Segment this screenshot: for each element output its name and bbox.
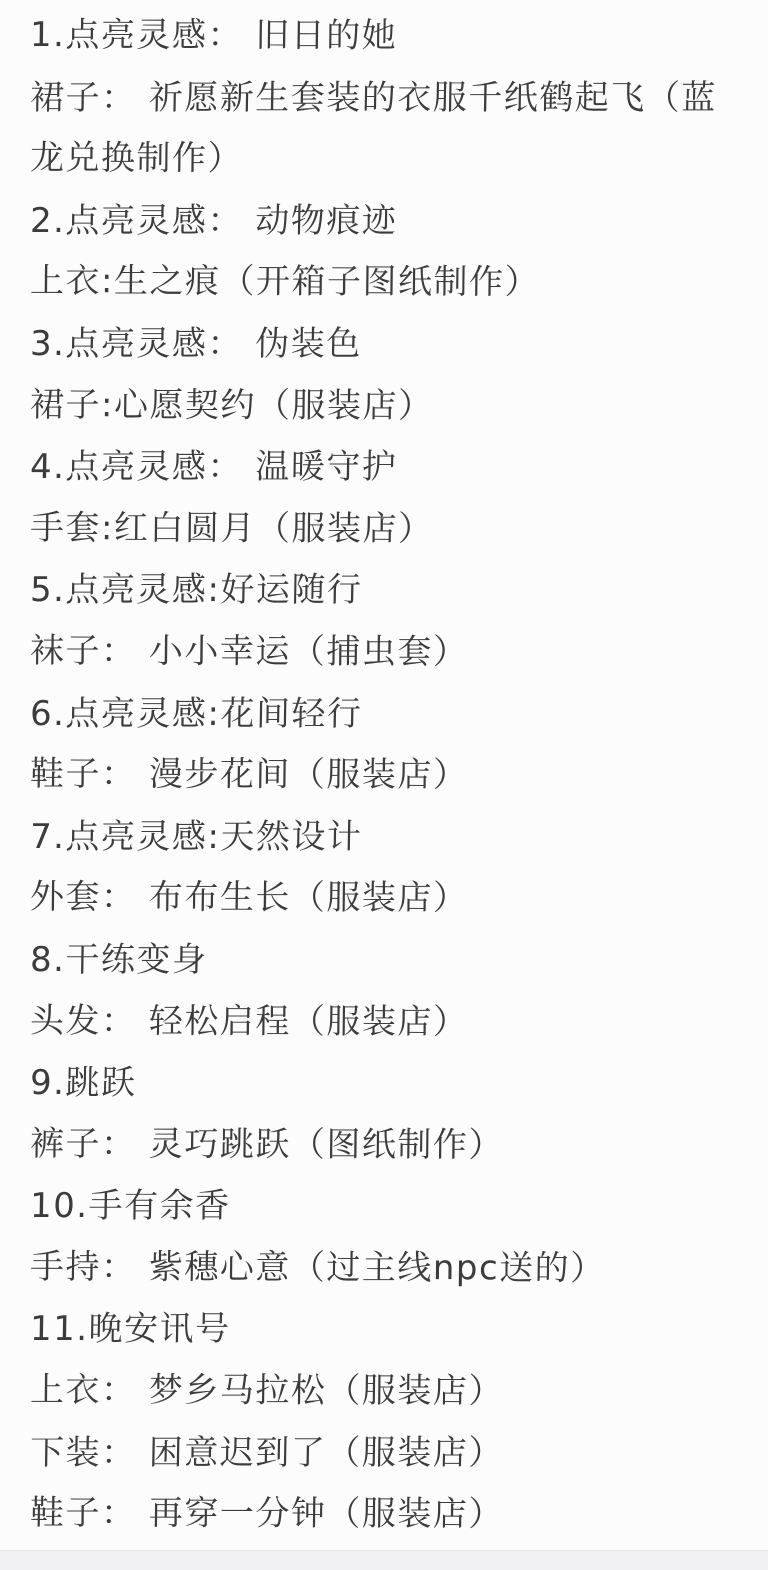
note-line-1: 1.点亮灵感： 旧日的她 <box>30 5 759 68</box>
note-line-10: 5.点亮灵感:好运随行 <box>29 560 758 622</box>
page-bottom-edge <box>0 1550 768 1570</box>
note-line-23: 上衣： 梦乡马拉松（服装店） <box>30 1360 759 1423</box>
note-line-12: 6.点亮灵感:花间轻行 <box>29 684 758 746</box>
note-line-18: 9.跳跃 <box>29 1053 758 1115</box>
note-line-4: 2.点亮灵感： 动物痕迹 <box>29 191 758 253</box>
note-line-2: 裙子： 祈愿新生套装的衣服千纸鹤起飞（蓝 <box>29 68 758 130</box>
note-line-17: 头发： 轻松启程（服装店） <box>30 991 759 1054</box>
handwritten-note: 1.点亮灵感： 旧日的她 裙子： 祈愿新生套装的衣服千纸鹤起飞（蓝 龙兑换制作）… <box>30 6 758 1546</box>
note-line-9: 手套:红白圆月（服装店） <box>30 498 759 561</box>
note-line-22: 11.晚安讯号 <box>29 1299 758 1361</box>
note-line-14: 7.点亮灵感:天然设计 <box>29 807 758 869</box>
note-line-3: 龙兑换制作） <box>30 128 759 191</box>
note-line-8: 4.点亮灵感： 温暖守护 <box>29 437 758 499</box>
note-line-5: 上衣:生之痕（开箱子图纸制作） <box>30 251 759 314</box>
note-line-19: 裤子： 灵巧跳跃（图纸制作） <box>30 1114 759 1177</box>
note-line-16: 8.干练变身 <box>29 930 758 992</box>
note-line-7: 裙子:心愿契约（服装店） <box>30 375 759 438</box>
note-line-21: 手持： 紫穗心意（过主线npc送的） <box>30 1237 759 1300</box>
handwritten-note-page: 1.点亮灵感： 旧日的她 裙子： 祈愿新生套装的衣服千纸鹤起飞（蓝 龙兑换制作）… <box>0 0 768 1570</box>
note-line-24: 下装： 困意迟到了（服装店） <box>29 1423 758 1485</box>
note-line-20: 10.手有余香 <box>29 1176 758 1238</box>
note-line-15: 外套： 布布生长（服装店） <box>30 867 759 930</box>
note-line-11: 袜子： 小小幸运（捕虫套） <box>30 621 759 684</box>
note-line-6: 3.点亮灵感： 伪装色 <box>29 314 758 376</box>
note-line-25: 鞋子： 再穿一分钟（服装店） <box>30 1483 759 1546</box>
note-line-13: 鞋子： 漫步花间（服装店） <box>30 744 759 807</box>
